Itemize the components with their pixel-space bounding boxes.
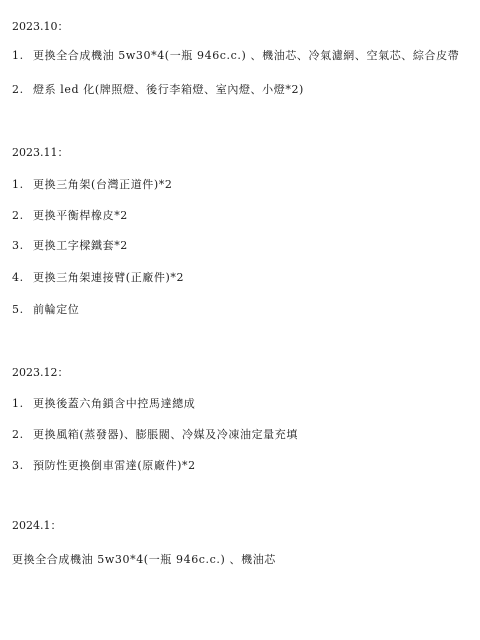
list-item-number: 1. — [12, 178, 33, 192]
list-item-text: 更換三角架連接臂(正廠件)*2 — [33, 271, 184, 285]
list-item-number: 2. — [12, 428, 33, 442]
list-item: 1.更換全合成機油 5w30*4(一瓶 946c.c.) 、機油芯、冷氣濾網、空… — [12, 49, 459, 63]
list-item: 3.預防性更換倒車雷達(原廠件)*2 — [12, 459, 196, 473]
list-item-text: 更換三角架(台灣正道件)*2 — [33, 178, 172, 192]
list-item-number: 1. — [12, 397, 33, 411]
list-item-text: 前輪定位 — [33, 303, 79, 317]
list-item-number: 5. — [12, 303, 33, 317]
list-item: 3.更換工字樑鐵套*2 — [12, 239, 128, 253]
list-item: 1.更換後蓋六角鎖含中控馬達總成 — [12, 397, 195, 411]
list-item-number: 3. — [12, 459, 33, 473]
maintenance-record-document: 2023.10： 1.更換全合成機油 5w30*4(一瓶 946c.c.) 、機… — [0, 0, 480, 640]
list-item: 2.更換平衡桿橡皮*2 — [12, 209, 128, 223]
list-item-text: 更換風箱(蒸發器)、膨脹閥、冷媒及冷凍油定量充填 — [33, 428, 298, 442]
list-item-number: 4. — [12, 271, 33, 285]
section-heading-2023-11: 2023.11： — [12, 146, 69, 160]
list-item-text: 更換工字樑鐵套*2 — [33, 239, 128, 253]
list-item-number: 1. — [12, 49, 33, 63]
section-heading-2024-1: 2024.1： — [12, 519, 62, 533]
list-item: 2.燈系 led 化(牌照燈、後行李箱燈、室內燈、小燈*2) — [12, 83, 304, 97]
list-item-number: 3. — [12, 239, 33, 253]
list-item-number: 2. — [12, 209, 33, 223]
list-item-text: 燈系 led 化(牌照燈、後行李箱燈、室內燈、小燈*2) — [33, 83, 304, 97]
section-heading-2023-10: 2023.10： — [12, 20, 69, 34]
section-heading-2023-12: 2023.12： — [12, 366, 69, 380]
list-item-text: 預防性更換倒車雷達(原廠件)*2 — [33, 459, 196, 473]
paragraph-text: 更換全合成機油 5w30*4(一瓶 946c.c.) 、機油芯 — [12, 553, 276, 567]
list-item-number: 2. — [12, 83, 33, 97]
list-item: 5.前輪定位 — [12, 303, 79, 317]
list-item-text: 更換全合成機油 5w30*4(一瓶 946c.c.) 、機油芯、冷氣濾網、空氣芯… — [33, 49, 459, 63]
list-item: 1.更換三角架(台灣正道件)*2 — [12, 178, 172, 192]
list-item: 4.更換三角架連接臂(正廠件)*2 — [12, 271, 184, 285]
list-item: 2.更換風箱(蒸發器)、膨脹閥、冷媒及冷凍油定量充填 — [12, 428, 298, 442]
list-item-text: 更換平衡桿橡皮*2 — [33, 209, 128, 223]
list-item-text: 更換後蓋六角鎖含中控馬達總成 — [33, 397, 195, 411]
